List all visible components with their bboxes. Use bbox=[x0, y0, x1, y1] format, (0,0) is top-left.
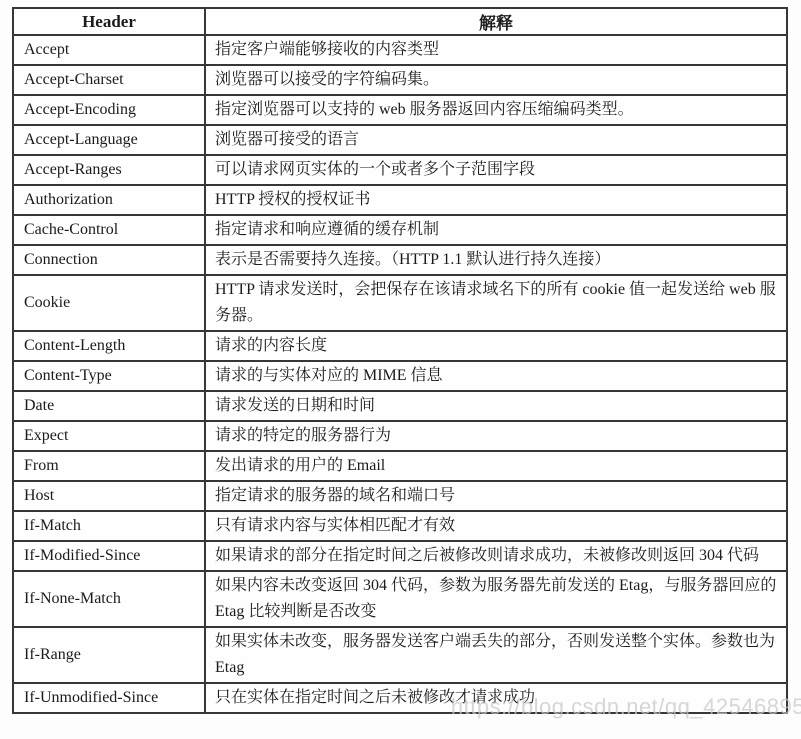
header-explanation-cell: 请求的内容长度 bbox=[205, 331, 787, 361]
header-name-cell: Accept-Language bbox=[13, 125, 205, 155]
header-explanation-cell: 请求的与实体对应的 MIME 信息 bbox=[205, 361, 787, 391]
table-row: Connection表示是否需要持久连接。（HTTP 1.1 默认进行持久连接） bbox=[13, 245, 787, 275]
header-explanation-cell: 表示是否需要持久连接。（HTTP 1.1 默认进行持久连接） bbox=[205, 245, 787, 275]
table-body: Accept指定客户端能够接收的内容类型Accept-Charset浏览器可以接… bbox=[13, 35, 787, 713]
header-explanation-cell: 请求的特定的服务器行为 bbox=[205, 421, 787, 451]
header-explanation-cell: 指定浏览器可以支持的 web 服务器返回内容压缩编码类型。 bbox=[205, 95, 787, 125]
header-name-cell: If-Range bbox=[13, 627, 205, 683]
table-header-row: Header 解释 bbox=[13, 8, 787, 35]
header-name-cell: If-None-Match bbox=[13, 571, 205, 627]
header-name-cell: Content-Type bbox=[13, 361, 205, 391]
header-name-cell: Date bbox=[13, 391, 205, 421]
table-row: Cache-Control指定请求和响应遵循的缓存机制 bbox=[13, 215, 787, 245]
table-row: Date请求发送的日期和时间 bbox=[13, 391, 787, 421]
header-explanation-cell: HTTP 请求发送时，会把保存在该请求域名下的所有 cookie 值一起发送给 … bbox=[205, 275, 787, 331]
table-row: Accept-Charset浏览器可以接受的字符编码集。 bbox=[13, 65, 787, 95]
http-headers-table: Header 解释 Accept指定客户端能够接收的内容类型Accept-Cha… bbox=[12, 7, 788, 714]
header-explanation-cell: 请求发送的日期和时间 bbox=[205, 391, 787, 421]
header-explanation-cell: 如果请求的部分在指定时间之后被修改则请求成功，未被修改则返回 304 代码 bbox=[205, 541, 787, 571]
table-row: AuthorizationHTTP 授权的授权证书 bbox=[13, 185, 787, 215]
header-name-cell: If-Match bbox=[13, 511, 205, 541]
header-name-cell: Cache-Control bbox=[13, 215, 205, 245]
header-name-cell: If-Modified-Since bbox=[13, 541, 205, 571]
header-explanation-cell: 浏览器可接受的语言 bbox=[205, 125, 787, 155]
header-explanation-cell: 指定请求的服务器的域名和端口号 bbox=[205, 481, 787, 511]
column-header-explanation: 解释 bbox=[205, 8, 787, 35]
table-row: Accept-Ranges可以请求网页实体的一个或者多个子范围字段 bbox=[13, 155, 787, 185]
header-explanation-cell: 如果实体未改变，服务器发送客户端丢失的部分，否则发送整个实体。参数也为 Etag bbox=[205, 627, 787, 683]
header-explanation-cell: 发出请求的用户的 Email bbox=[205, 451, 787, 481]
table-row: Accept-Language浏览器可接受的语言 bbox=[13, 125, 787, 155]
table-row: Accept-Encoding指定浏览器可以支持的 web 服务器返回内容压缩编… bbox=[13, 95, 787, 125]
header-name-cell: Cookie bbox=[13, 275, 205, 331]
table-row: CookieHTTP 请求发送时，会把保存在该请求域名下的所有 cookie 值… bbox=[13, 275, 787, 331]
table-row: Content-Length请求的内容长度 bbox=[13, 331, 787, 361]
header-explanation-cell: 可以请求网页实体的一个或者多个子范围字段 bbox=[205, 155, 787, 185]
header-explanation-cell: 如果内容未改变返回 304 代码，参数为服务器先前发送的 Etag，与服务器回应… bbox=[205, 571, 787, 627]
table-row: Content-Type请求的与实体对应的 MIME 信息 bbox=[13, 361, 787, 391]
header-name-cell: If-Unmodified-Since bbox=[13, 683, 205, 713]
header-name-cell: Authorization bbox=[13, 185, 205, 215]
header-explanation-cell: 只有请求内容与实体相匹配才有效 bbox=[205, 511, 787, 541]
table-row: If-Unmodified-Since只在实体在指定时间之后未被修改才请求成功 bbox=[13, 683, 787, 713]
header-explanation-cell: 只在实体在指定时间之后未被修改才请求成功 bbox=[205, 683, 787, 713]
table-row: Accept指定客户端能够接收的内容类型 bbox=[13, 35, 787, 65]
header-explanation-cell: HTTP 授权的授权证书 bbox=[205, 185, 787, 215]
header-explanation-cell: 浏览器可以接受的字符编码集。 bbox=[205, 65, 787, 95]
table-row: If-Range如果实体未改变，服务器发送客户端丢失的部分，否则发送整个实体。参… bbox=[13, 627, 787, 683]
header-name-cell: Content-Length bbox=[13, 331, 205, 361]
table-row: From发出请求的用户的 Email bbox=[13, 451, 787, 481]
table-row: If-None-Match如果内容未改变返回 304 代码，参数为服务器先前发送… bbox=[13, 571, 787, 627]
header-name-cell: Expect bbox=[13, 421, 205, 451]
table-row: If-Match只有请求内容与实体相匹配才有效 bbox=[13, 511, 787, 541]
column-header-name: Header bbox=[13, 8, 205, 35]
header-explanation-cell: 指定请求和响应遵循的缓存机制 bbox=[205, 215, 787, 245]
header-name-cell: Accept-Ranges bbox=[13, 155, 205, 185]
table-row: Host指定请求的服务器的域名和端口号 bbox=[13, 481, 787, 511]
table-row: If-Modified-Since如果请求的部分在指定时间之后被修改则请求成功，… bbox=[13, 541, 787, 571]
header-name-cell: Host bbox=[13, 481, 205, 511]
header-name-cell: Accept bbox=[13, 35, 205, 65]
header-name-cell: From bbox=[13, 451, 205, 481]
header-explanation-cell: 指定客户端能够接收的内容类型 bbox=[205, 35, 787, 65]
table-row: Expect请求的特定的服务器行为 bbox=[13, 421, 787, 451]
header-name-cell: Accept-Charset bbox=[13, 65, 205, 95]
page: Header 解释 Accept指定客户端能够接收的内容类型Accept-Cha… bbox=[0, 0, 801, 739]
header-name-cell: Accept-Encoding bbox=[13, 95, 205, 125]
header-name-cell: Connection bbox=[13, 245, 205, 275]
